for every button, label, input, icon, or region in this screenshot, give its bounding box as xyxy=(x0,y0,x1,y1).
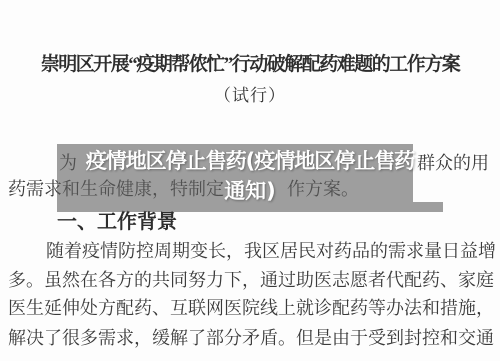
section-heading: 一、工作背景 xyxy=(57,211,177,233)
overlay-title-line2: 通知) xyxy=(57,176,443,206)
overlay-title-line1: 疫情地区停止售药(疫情地区停止售药 xyxy=(57,146,443,176)
paragraph-line: 医生延伸处方配药、互联网医院线上就诊配药等办法和措施， xyxy=(8,297,494,319)
document-title: 崇明区开展“疫期帮侬忙”行动破解配药难题的工作方案 xyxy=(0,54,500,76)
document-subtitle: （试行） xyxy=(0,85,500,107)
paragraph-line: 解决了很多需求，缓解了部分矛盾。但是由于受到封控和交通 xyxy=(8,327,494,349)
document-page: 崇明区开展“疫期帮侬忙”行动破解配药难题的工作方案 （试行） 为 群众的用 药需… xyxy=(0,0,500,361)
paragraph-line: 随着疫情防控周期变长，我区居民对药品的需求量日益增 xyxy=(46,240,496,262)
overlay-title: 疫情地区停止售药(疫情地区停止售药 通知) xyxy=(57,146,443,206)
paragraph-line: 多。虽然在各方的共同努力下，通过助医志愿者代配药、家庭 xyxy=(8,269,494,291)
